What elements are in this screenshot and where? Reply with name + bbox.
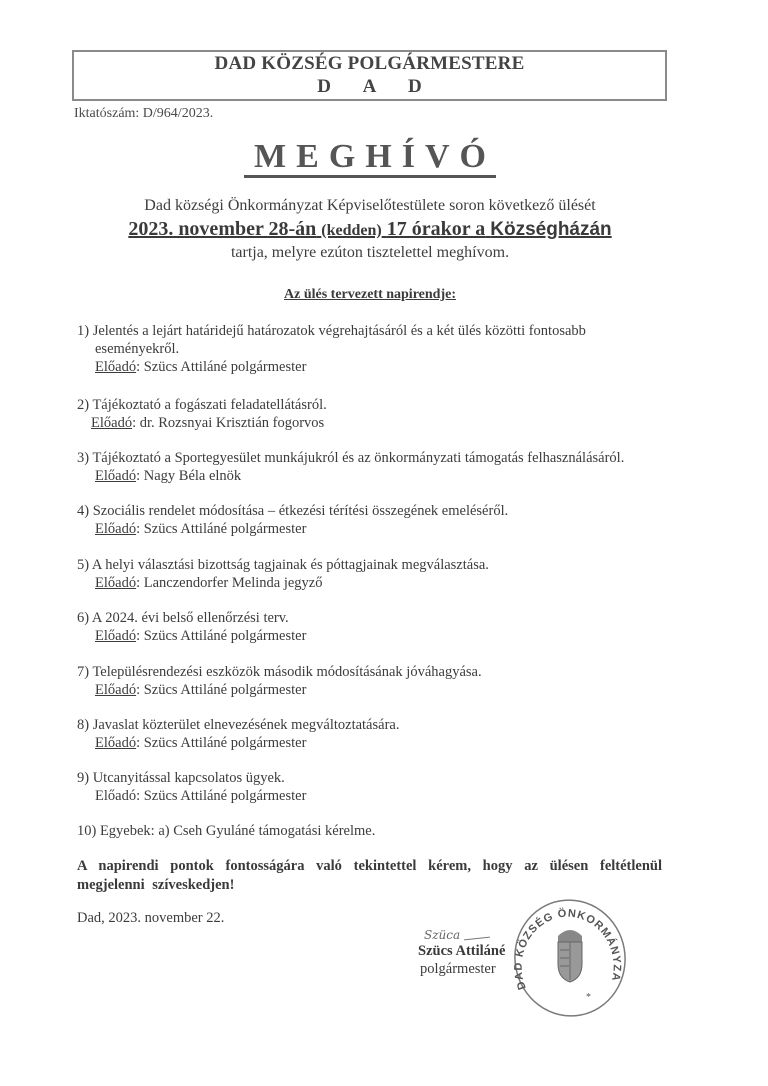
agenda-item-text: 2) Tájékoztató a fogászati feladatellátá…	[77, 396, 327, 414]
document-title: MEGHÍVÓ	[0, 138, 740, 176]
agenda-item-text: 10) Egyebek: a) Cseh Gyuláné támogatási …	[77, 822, 375, 840]
presenter-name: Szücs Attiláné polgármester	[144, 682, 307, 698]
agenda-item-presenter: Előadó: Szücs Attiláné polgármester	[77, 627, 306, 645]
agenda-item: 3) Tájékoztató a Sportegyesület munkájuk…	[77, 449, 624, 485]
presenter-label: Előadó	[95, 735, 136, 751]
presenter-name: Szücs Attiláné polgármester	[144, 521, 307, 537]
agenda-item-text: 7) Településrendezési eszközök második m…	[77, 663, 482, 681]
agenda-item-text: 4) Szociális rendelet módosítása – étkez…	[77, 502, 508, 520]
presenter-label: Előadó	[95, 521, 136, 537]
agenda-heading: Az ülés tervezett napirendje:	[0, 287, 740, 303]
signer-name: Szücs Attiláné	[418, 943, 505, 960]
meeting-time: 17 órakor a	[387, 218, 486, 240]
agenda-item-presenter: Előadó: Nagy Béla elnök	[77, 467, 624, 485]
presenter-name: Szücs Attiláné polgármester	[144, 735, 307, 751]
date-line: Dad, 2023. november 22.	[77, 910, 224, 927]
official-stamp: DAD KÖZSÉG ÖNKORMÁNYZATA *	[508, 896, 628, 1020]
meeting-date: 2023. november 28-án	[128, 218, 316, 240]
presenter-label: Előadó	[95, 788, 136, 804]
presenter-label: Előadó	[95, 628, 136, 644]
agenda-item-text: 1) Jelentés a lejárt határidejű határoza…	[77, 322, 586, 340]
agenda-item-presenter: Előadó: Szücs Attiláné polgármester	[77, 734, 399, 752]
presenter-label: Előadó	[91, 415, 132, 431]
intro-line-1: Dad községi Önkormányzat Képviselőtestül…	[0, 197, 740, 215]
coat-of-arms-icon	[558, 930, 582, 982]
presenter-label: Előadó	[95, 468, 136, 484]
closing-request: A napirendi pontok fontosságára való tek…	[77, 857, 662, 895]
agenda-item-presenter: Előadó: Szücs Attiláné polgármester	[77, 681, 482, 699]
header-title: DAD KÖZSÉG POLGÁRMESTERE	[72, 53, 667, 75]
agenda-item: 2) Tájékoztató a fogászati feladatellátá…	[77, 396, 327, 432]
meeting-datetime-place: 2023. november 28-án (kedden) 17 órakor …	[0, 218, 740, 241]
agenda-item: 8) Javaslat közterület elnevezésének meg…	[77, 716, 399, 752]
registration-number: Iktatószám: D/964/2023.	[74, 106, 213, 122]
handwritten-signature: Szüca	[424, 928, 490, 942]
meeting-day: (kedden)	[321, 222, 381, 239]
agenda-item-presenter: Előadó: Szücs Attiláné polgármester	[77, 787, 306, 805]
presenter-name: dr. Rozsnyai Krisztián fogorvos	[140, 415, 324, 431]
meeting-place: Községházán	[490, 219, 611, 240]
presenter-label: Előadó	[95, 359, 136, 375]
agenda-item-text: 6) A 2024. évi belső ellenőrzési terv.	[77, 609, 306, 627]
signer-title: polgármester	[420, 961, 496, 978]
presenter-name: Szücs Attiláné polgármester	[144, 359, 307, 375]
agenda-item: 7) Településrendezési eszközök második m…	[77, 663, 482, 699]
agenda-item-text: 9) Utcanyitással kapcsolatos ügyek.	[77, 769, 306, 787]
presenter-label: Előadó	[95, 575, 136, 591]
presenter-name: Szücs Attiláné polgármester	[144, 628, 307, 644]
presenter-name: Nagy Béla elnök	[144, 468, 241, 484]
presenter-label: Előadó	[95, 682, 136, 698]
agenda-item-text: 5) A helyi választási bizottság tagjaina…	[77, 556, 489, 574]
agenda-item: 1) Jelentés a lejárt határidejű határoza…	[77, 322, 586, 376]
agenda-item-presenter: Előadó: Szücs Attiláné polgármester	[77, 358, 586, 376]
agenda-item: 4) Szociális rendelet módosítása – étkez…	[77, 502, 508, 538]
header-town: D A D	[72, 76, 667, 98]
agenda-item-text: 3) Tájékoztató a Sportegyesület munkájuk…	[77, 449, 624, 467]
presenter-name: Szücs Attiláné polgármester	[144, 788, 307, 804]
agenda-item: 9) Utcanyitással kapcsolatos ügyek.Előad…	[77, 769, 306, 805]
agenda-item-presenter: Előadó: Szücs Attiláné polgármester	[77, 520, 508, 538]
stamp-star: *	[586, 992, 591, 1003]
agenda-item-continuation: eseményekről.	[77, 340, 586, 358]
agenda-item-text: 8) Javaslat közterület elnevezésének meg…	[77, 716, 399, 734]
agenda-item: 5) A helyi választási bizottság tagjaina…	[77, 556, 489, 592]
agenda-item: 6) A 2024. évi belső ellenőrzési terv.El…	[77, 609, 306, 645]
agenda-item: 10) Egyebek: a) Cseh Gyuláné támogatási …	[77, 822, 375, 840]
presenter-name: Lanczendorfer Melinda jegyző	[144, 575, 323, 591]
agenda-item-presenter: Előadó: dr. Rozsnyai Krisztián fogorvos	[77, 414, 327, 432]
intro-line-3: tartja, melyre ezúton tisztelettel meghí…	[0, 244, 740, 262]
agenda-item-presenter: Előadó: Lanczendorfer Melinda jegyző	[77, 574, 489, 592]
